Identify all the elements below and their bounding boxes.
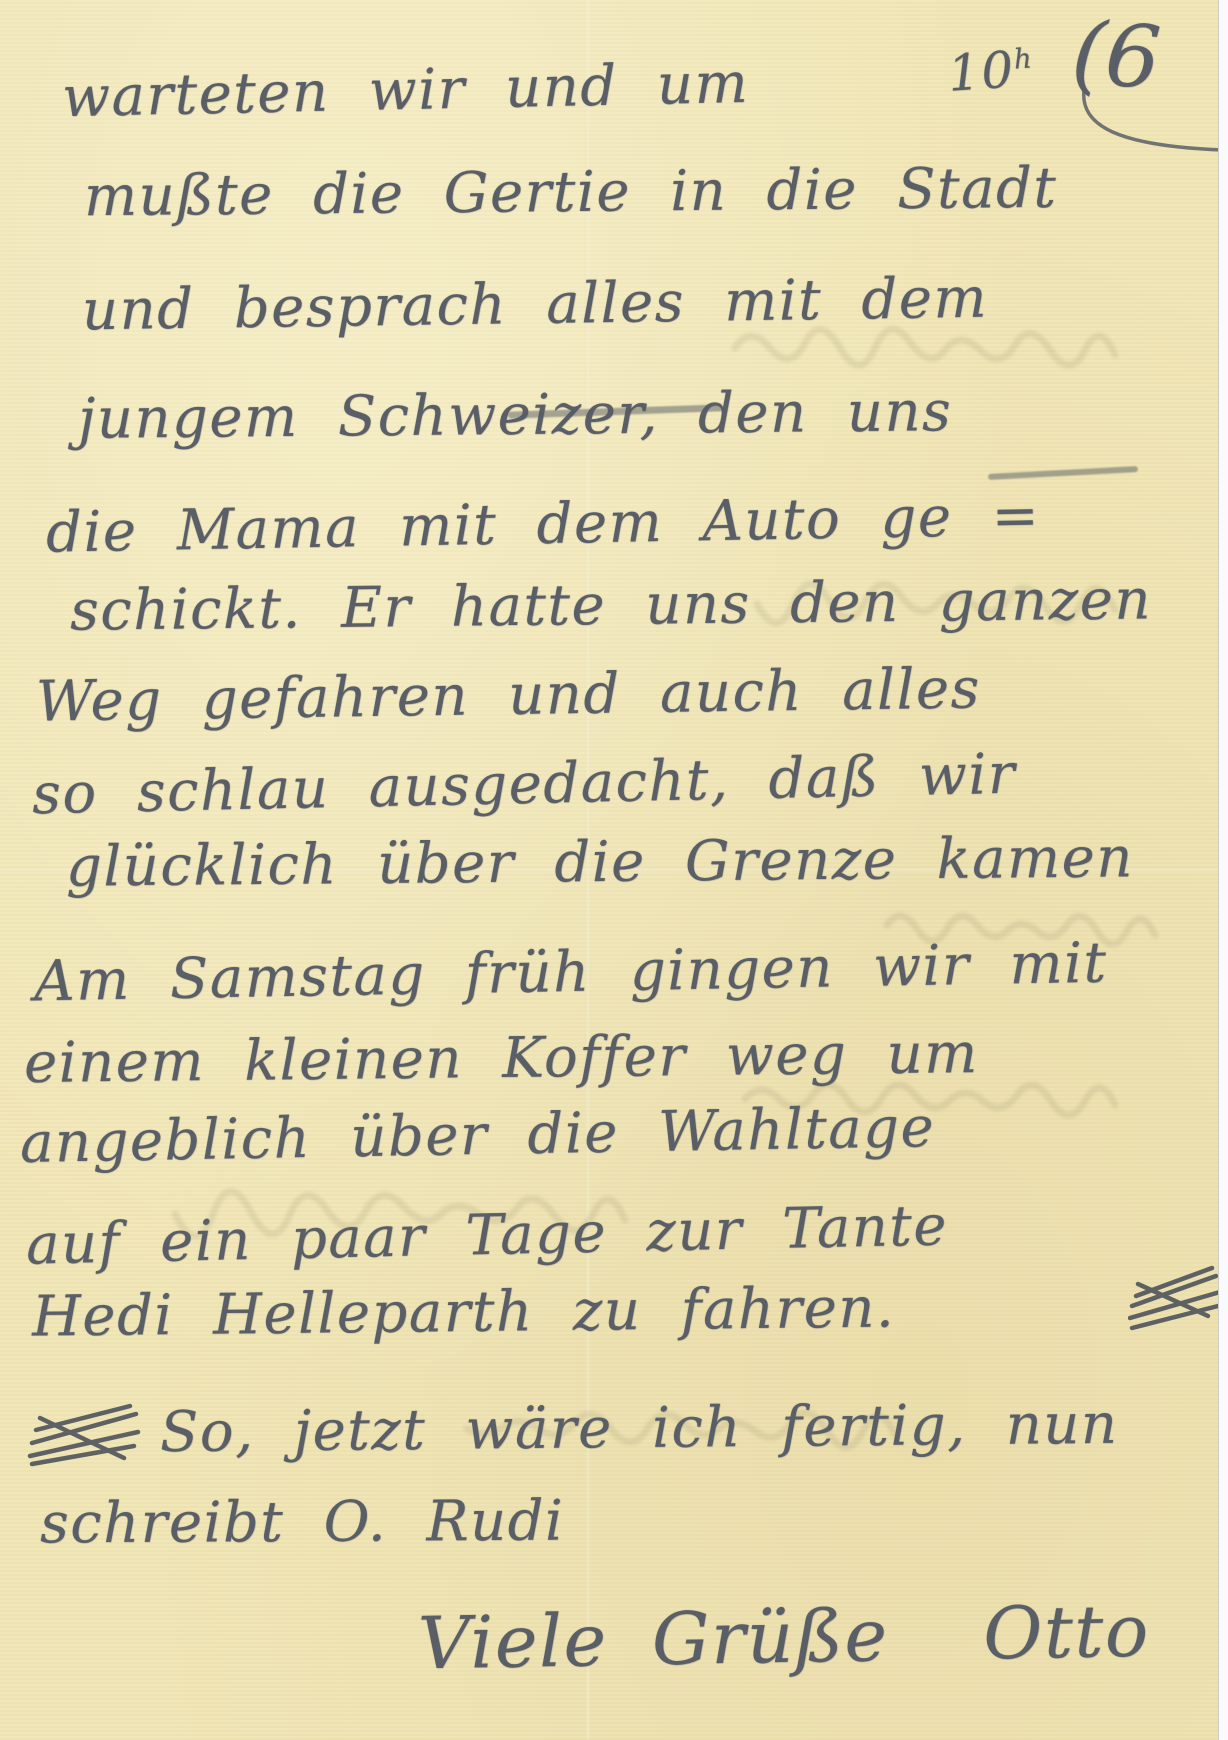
handwriting-line: So, jetzt wäre ich fertig, nun bbox=[160, 1392, 1119, 1465]
handwriting-line: mußte die Gertie in die Stadt bbox=[84, 156, 1058, 229]
time-note: 10h bbox=[946, 39, 1034, 103]
letter-page: warteten wir und um 10h (6 mußte die Ger… bbox=[0, 0, 1228, 1740]
crossed-out-word bbox=[1128, 1258, 1228, 1338]
signature: Otto bbox=[983, 1589, 1151, 1676]
smudge-stroke bbox=[988, 466, 1138, 480]
handwriting-line: schreibt O. Rudi bbox=[40, 1489, 565, 1557]
handwriting-line: angeblich über die Wahltage bbox=[20, 1095, 936, 1176]
handwriting-line: warteten wir und um bbox=[61, 51, 749, 130]
handwriting-line: schickt. Er hatte uns den ganzen bbox=[70, 567, 1152, 643]
scan-edge bbox=[1218, 0, 1228, 1740]
handwriting-line: und besprach alles mit dem bbox=[82, 266, 989, 344]
page-marker-tail-stroke bbox=[1078, 88, 1228, 158]
handwriting-line: die Mama mit dem Auto ge = bbox=[46, 483, 1041, 565]
handwriting-line: so schlau ausgedacht, daß wir bbox=[31, 742, 1016, 828]
handwriting-line: einem kleinen Koffer weg um bbox=[24, 1021, 979, 1096]
crossed-out-word bbox=[26, 1398, 146, 1473]
closing-text: Viele Grüße bbox=[417, 1593, 889, 1685]
handwriting-line: Am Samstag früh gingen wir mit bbox=[34, 931, 1108, 1015]
handwriting-line: Hedi Helleparth zu fahren. bbox=[32, 1275, 896, 1349]
closing-and-signature: Viele GrüßeOtto bbox=[417, 1589, 1150, 1686]
handwriting-line: glücklich über die Grenze kamen bbox=[66, 825, 1134, 899]
line-text: warteten wir und um bbox=[61, 51, 749, 130]
handwriting-line: Weg gefahren und auch alles bbox=[36, 656, 982, 734]
